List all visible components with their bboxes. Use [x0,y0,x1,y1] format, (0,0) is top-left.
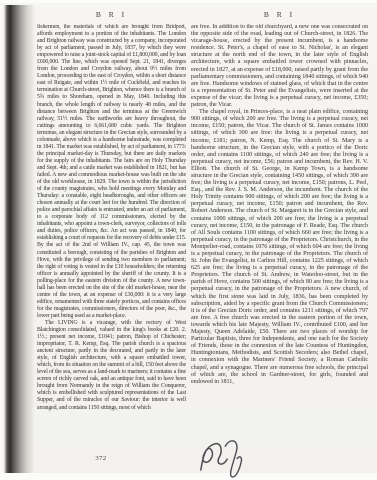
book-page-scan: B R I B R I fishermen, the materials of … [0,3,377,473]
page-number: 372 [81,455,121,462]
text-column-right: are free. In addition to the old churchy… [191,24,368,470]
handwritten-ink-scribble [191,429,268,480]
paragraph-railway-market-borough: fishermen, the materials of which are br… [37,24,186,320]
paragraph-churchyard-st-peters: are free. In addition to the old churchy… [191,24,368,109]
text-column-left: fishermen, the materials of which are br… [37,24,186,457]
running-head-right: B R I [191,10,368,19]
paragraph-chapels-and-churches: The chapel royal, in Princes-place, is a… [191,109,368,386]
book-binding-shadow [0,5,36,473]
running-head-left: B R I [37,10,186,19]
paragraph-living-parish-church: The LIVING is a vicarage, with the recto… [37,320,186,412]
